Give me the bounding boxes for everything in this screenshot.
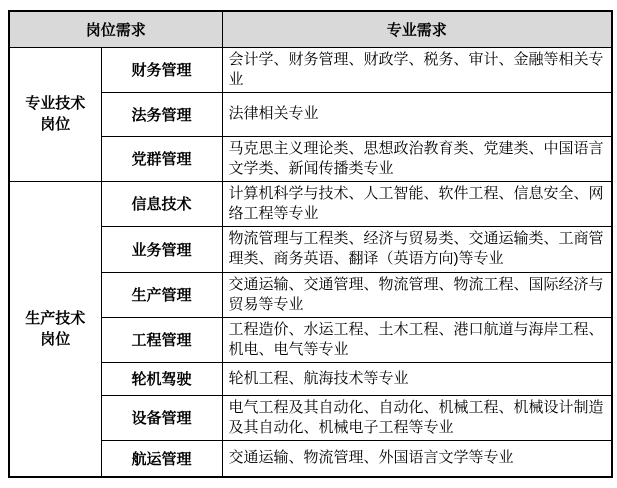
position-cell-marine-engine: 轮机驾驶: [101, 362, 222, 395]
position-cell-equipment: 设备管理: [101, 395, 222, 440]
position-cell-it: 信息技术: [101, 181, 222, 226]
position-cell-party: 党群管理: [101, 136, 222, 181]
header-row: 岗位需求 专业需求: [9, 11, 612, 47]
majors-cell-party: 马克思主义理论类、思想政治教育类、党建类、中国语言文学类、新闻传播类专业: [222, 136, 612, 181]
majors-cell-equipment: 电气工程及其自动化、自动化、机械工程、机械设计制造及其自动化、机械电子工程等专业: [222, 395, 612, 440]
position-cell-shipping: 航运管理: [101, 440, 222, 477]
position-cell-production: 生产管理: [101, 272, 222, 317]
header-major-requirement: 专业需求: [222, 11, 612, 47]
majors-cell-engineering: 工程造价、水运工程、土木工程、港口航道与海岸工程、机电、电气等专业: [222, 317, 612, 362]
majors-cell-it: 计算机科学与技术、人工智能、软件工程、信息安全、网络工程等专业: [222, 181, 612, 226]
group-label-professional-technical: 专业技术岗位: [9, 47, 101, 181]
majors-cell-legal: 法律相关专业: [222, 92, 612, 136]
position-cell-business: 业务管理: [101, 226, 222, 272]
table-row: 专业技术岗位 财务管理 会计学、财务管理、财政学、税务、审计、金融等相关专业: [9, 47, 612, 92]
position-cell-finance: 财务管理: [101, 47, 222, 92]
position-requirements-table: 岗位需求 专业需求 专业技术岗位 财务管理 会计学、财务管理、财政学、税务、审计…: [8, 10, 613, 478]
table-row: 生产技术岗位 信息技术 计算机科学与技术、人工智能、软件工程、信息安全、网络工程…: [9, 181, 612, 226]
page: 岗位需求 专业需求 专业技术岗位 财务管理 会计学、财务管理、财政学、税务、审计…: [0, 0, 617, 488]
majors-cell-shipping: 交通运输、物流管理、外国语言文学等专业: [222, 440, 612, 477]
position-cell-legal: 法务管理: [101, 92, 222, 136]
majors-cell-production: 交通运输、交通管理、物流管理、物流工程、国际经济与贸易等专业: [222, 272, 612, 317]
majors-cell-marine-engine: 轮机工程、航海技术等专业: [222, 362, 612, 395]
majors-cell-business: 物流管理与工程类、经济与贸易类、交通运输类、工商管理类、商务英语、翻译（英语方向…: [222, 226, 612, 272]
majors-cell-finance: 会计学、财务管理、财政学、税务、审计、金融等相关专业: [222, 47, 612, 92]
position-cell-engineering: 工程管理: [101, 317, 222, 362]
group-label-production-technical: 生产技术岗位: [9, 181, 101, 477]
header-position-requirement: 岗位需求: [9, 11, 222, 47]
